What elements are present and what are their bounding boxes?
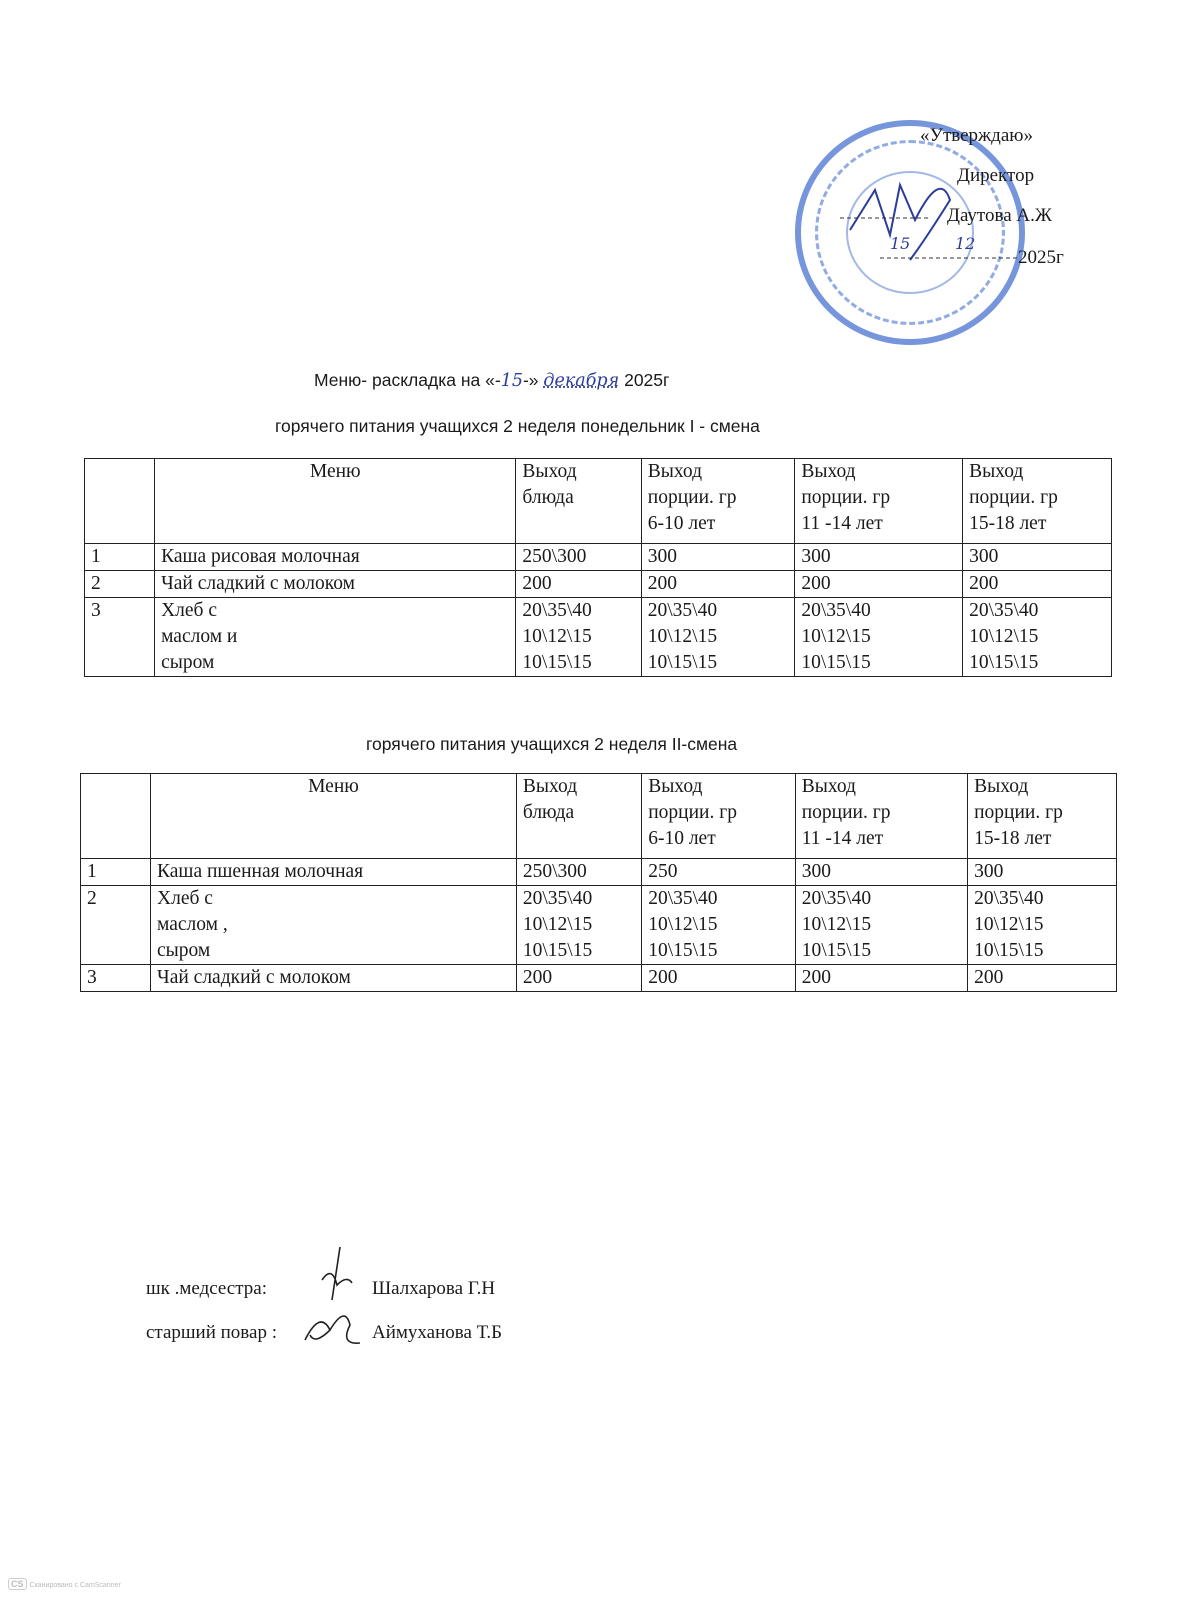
row-number: 1	[85, 544, 155, 571]
table-row: 3Чай сладкий с молоком200200200200	[81, 965, 1117, 992]
shift1-subtitle: горячего питания учащихся 2 неделя понед…	[275, 416, 760, 437]
portion-value: 200	[516, 571, 641, 598]
cook-name: Аймуханова Т.Б	[372, 1322, 502, 1344]
column-header: Меню	[151, 774, 517, 859]
column-header: Выход порции. гр 15-18 лет	[963, 459, 1112, 544]
scanner-watermark: CSСканировано с CamScanner	[8, 1578, 121, 1590]
cook-role: старший повар :	[146, 1322, 277, 1344]
dish-name: Чай сладкий с молоком	[151, 965, 517, 992]
approval-year: 2025г	[1018, 248, 1064, 267]
menu-month: декабря	[543, 371, 619, 391]
header-row: МенюВыход блюдаВыход порции. гр 6-10 лет…	[81, 774, 1117, 859]
table-row: 2Чай сладкий с молоком200200200200	[85, 571, 1112, 598]
portion-value: 200	[516, 965, 641, 992]
menu-title-prefix: Меню- раскладка на	[314, 370, 480, 390]
shift2-table: МенюВыход блюдаВыход порции. гр 6-10 лет…	[80, 773, 1117, 992]
portion-value: 250	[642, 859, 796, 886]
table-row: 2Хлеб с маслом , сыром20\35\40 10\12\15 …	[81, 886, 1117, 965]
quote-open: «-	[485, 370, 501, 390]
portion-value: 200	[795, 965, 967, 992]
portion-value: 200	[963, 571, 1112, 598]
cook-signature-icon	[300, 1305, 365, 1350]
header-row: МенюВыход блюдаВыход порции. гр 6-10 лет…	[85, 459, 1112, 544]
portion-value: 200	[968, 965, 1117, 992]
portion-value: 200	[642, 965, 796, 992]
portion-value: 200	[641, 571, 795, 598]
row-number: 2	[81, 886, 151, 965]
portion-value: 20\35\40 10\12\15 10\15\15	[516, 598, 641, 677]
approval-month: 12	[955, 236, 975, 252]
row-number: 1	[81, 859, 151, 886]
dish-name: Каша рисовая молочная	[155, 544, 516, 571]
portion-value: 200	[795, 571, 963, 598]
dish-name: Каша пшенная молочная	[151, 859, 517, 886]
row-number: 2	[85, 571, 155, 598]
menu-title: Меню- раскладка на «-15-» декабря 2025г	[314, 370, 669, 391]
column-header: Меню	[155, 459, 516, 544]
column-header: Выход порции. гр 6-10 лет	[641, 459, 795, 544]
column-header: Выход порции. гр 11 -14 лет	[795, 459, 963, 544]
portion-value: 300	[968, 859, 1117, 886]
dish-name: Чай сладкий с молоком	[155, 571, 516, 598]
column-header: Выход порции. гр 15-18 лет	[968, 774, 1117, 859]
row-number: 3	[81, 965, 151, 992]
row-number: 3	[85, 598, 155, 677]
dish-name: Хлеб с маслом , сыром	[151, 886, 517, 965]
table-row: 1Каша рисовая молочная250\300300300300	[85, 544, 1112, 571]
shift2-subtitle: горячего питания учащихся 2 неделя II-см…	[366, 734, 737, 755]
portion-value: 20\35\40 10\12\15 10\15\15	[795, 598, 963, 677]
camscanner-logo-icon: CS	[8, 1578, 27, 1590]
portion-value: 300	[641, 544, 795, 571]
quote-close: -»	[523, 370, 539, 390]
portion-value: 20\35\40 10\12\15 10\15\15	[641, 598, 795, 677]
table-row: 3Хлеб с маслом и сыром20\35\40 10\12\15 …	[85, 598, 1112, 677]
menu-day: 15	[501, 371, 523, 391]
nurse-name: Шалхарова Г.Н	[372, 1278, 495, 1300]
approval-day: 15	[890, 236, 910, 252]
table-row: 1Каша пшенная молочная250\300250300300	[81, 859, 1117, 886]
portion-value: 20\35\40 10\12\15 10\15\15	[968, 886, 1117, 965]
portion-value: 20\35\40 10\12\15 10\15\15	[516, 886, 641, 965]
director-name: Даутова А.Ж	[947, 206, 1052, 225]
approve-label: «Утверждаю»	[920, 126, 1033, 145]
shift1-table: МенюВыход блюдаВыход порции. гр 6-10 лет…	[84, 458, 1112, 677]
column-header: Выход блюда	[516, 459, 641, 544]
column-header: Выход порции. гр 11 -14 лет	[795, 774, 967, 859]
column-header: Выход порции. гр 6-10 лет	[642, 774, 796, 859]
portion-value: 20\35\40 10\12\15 10\15\15	[642, 886, 796, 965]
column-header	[85, 459, 155, 544]
portion-value: 250\300	[516, 544, 641, 571]
portion-value: 300	[795, 859, 967, 886]
nurse-signature-icon	[312, 1245, 362, 1305]
portion-value: 20\35\40 10\12\15 10\15\15	[795, 886, 967, 965]
portion-value: 300	[795, 544, 963, 571]
menu-year: 2025г	[624, 370, 669, 390]
dish-name: Хлеб с маслом и сыром	[155, 598, 516, 677]
portion-value: 250\300	[516, 859, 641, 886]
director-title: Директор	[957, 166, 1034, 185]
watermark-text: Сканировано с CamScanner	[30, 1582, 121, 1589]
column-header: Выход блюда	[516, 774, 641, 859]
column-header	[81, 774, 151, 859]
nurse-role: шк .медсестра:	[146, 1278, 267, 1300]
portion-value: 300	[963, 544, 1112, 571]
portion-value: 20\35\40 10\12\15 10\15\15	[963, 598, 1112, 677]
